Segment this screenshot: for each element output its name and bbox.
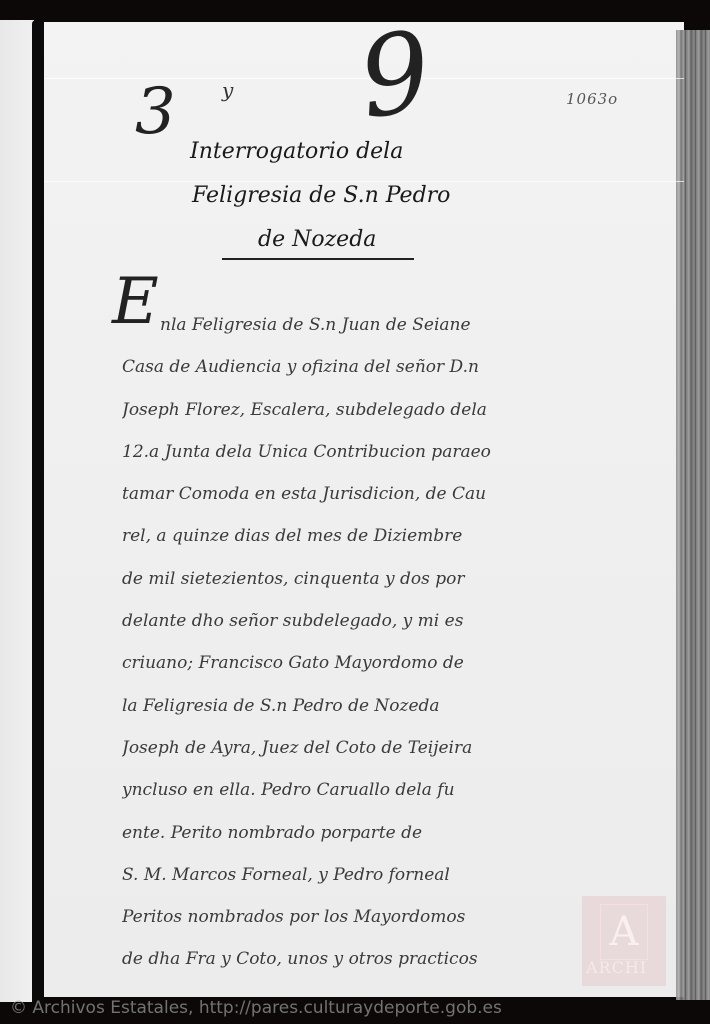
text-line: yncluso en ella. Pedro Caruallo dela fu [122,769,552,811]
title-line: Feligresia de S.n Pedro [180,174,450,218]
text-line: de dha Fra y Coto, unos y otros practico… [122,938,552,980]
text-line: 12.a Junta dela Unica Contribucion parae… [122,431,552,473]
text-line: Joseph de Ayra, Juez del Coto de Teijeir… [122,727,552,769]
archive-logo-text: ARCHI [586,958,647,977]
manuscript-body: nla Feligresia de S.n Juan de Seiane Cas… [122,304,552,981]
book-gutter [32,20,44,1010]
text-line: Joseph Florez, Escalera, subdelegado del… [122,389,552,431]
section-superscript: y [222,78,233,102]
title-underline [222,258,414,260]
text-line: de mil sietezientos, cinquenta y dos por [122,558,552,600]
text-line: rel, a quinze dias del mes de Diziembre [122,515,552,557]
archive-logo-icon: A [600,904,648,960]
text-line: tamar Comoda en esta Jurisdicion, de Cau [122,473,552,515]
page-stack-edge [676,30,710,1000]
title-line: de Nozeda [180,218,450,262]
text-line: Peritos nombrados por los Mayordomos [122,896,552,938]
text-line: Casa de Audiencia y ofizina del señor D.… [122,346,552,388]
text-line: criuano; Francisco Gato Mayordomo de [122,642,552,684]
title-line: Interrogatorio dela [180,130,450,174]
text-line: la Feligresia de S.n Pedro de Nozeda [122,685,552,727]
document-title: Interrogatorio dela Feligresia de S.n Pe… [180,130,450,262]
archive-watermark-logo: A ARCHI [582,896,666,986]
text-line: ente. Perito nombrado porparte de [122,812,552,854]
copyright-credit: © Archivos Estatales, http://pares.cultu… [10,998,502,1018]
text-line: nla Feligresia de S.n Juan de Seiane [122,304,552,346]
text-line: S. M. Marcos Forneal, y Pedro forneal [122,854,552,896]
folio-number: 1063o [566,90,618,108]
text-line: delante dho señor subdelegado, y mi es [122,600,552,642]
facing-page-edge [0,20,34,1010]
section-number: 3 [135,80,176,144]
marginal-numeral: 9 [353,16,438,135]
